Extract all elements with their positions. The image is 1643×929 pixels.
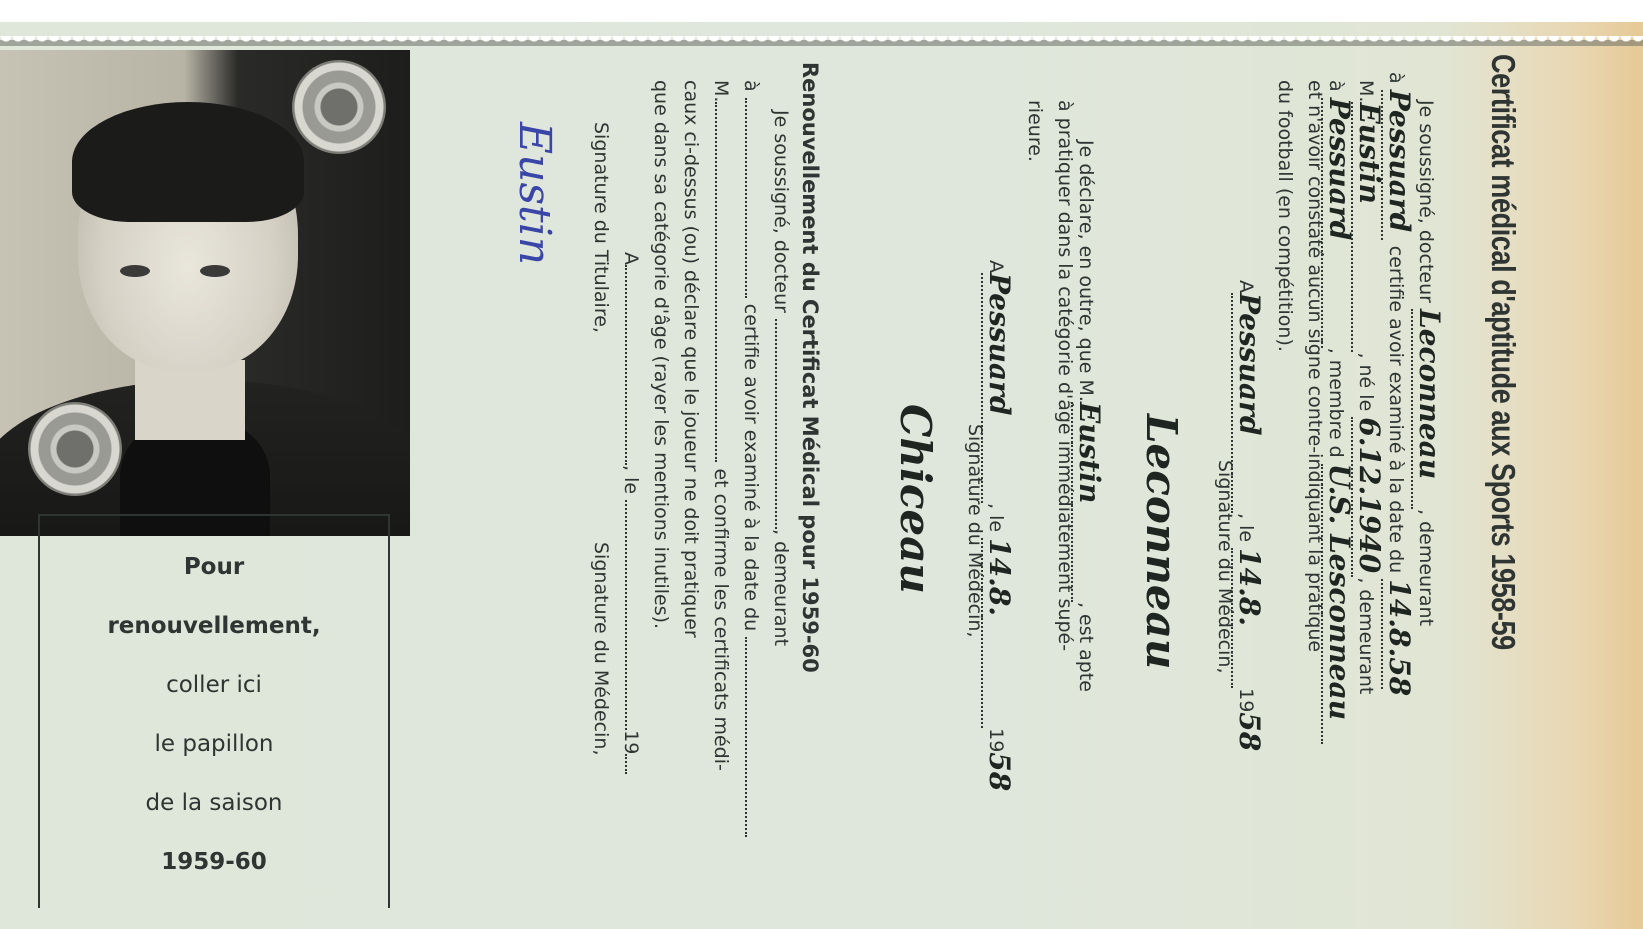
cert-line-1: Je soussigné, docteur Leconneau, demeura…	[1411, 100, 1446, 626]
text: , demeurant	[1415, 509, 1437, 626]
text: Je déclare, en outre, que M.	[1075, 140, 1097, 402]
decl-line-3: rieure.	[1024, 100, 1046, 162]
handwritten-residence: Pessuard	[1323, 98, 1356, 240]
residence-field: Pessuard	[1321, 98, 1356, 348]
rivet-icon	[292, 60, 386, 154]
cert-line-5: et n'avoir constaté aucun signe contre-i…	[1304, 80, 1326, 652]
doctor-signature: Leconneau	[1137, 414, 1186, 669]
handwritten-date: 14.8.	[983, 538, 1016, 616]
handwritten-patient-name: Eustin	[1353, 102, 1386, 203]
text: , demeurant	[1355, 577, 1377, 694]
certificate-card: Pour renouvellement, coller ici le papil…	[0, 22, 1643, 929]
cert-place-date: APessuard, le 14.8.1958	[1231, 280, 1266, 751]
text: A	[985, 260, 1007, 273]
text: à	[1325, 80, 1347, 92]
decl-place-date: APessuard, le 14.8.1958	[981, 260, 1016, 791]
handwritten-place: Pessuard	[983, 273, 1016, 415]
doctor-signature-label: Signature du Médecin,	[1214, 460, 1236, 673]
doctor-signature-label: Signature du Médecin,	[964, 424, 986, 637]
place-field: Pessuard	[981, 273, 1016, 503]
decl-line-2: à pratiquer dans la catégorie d'âge immé…	[1054, 100, 1076, 651]
text: A	[1235, 280, 1257, 293]
text: , né le	[1355, 352, 1377, 411]
handwritten-place: Pessuard	[1233, 293, 1266, 435]
date-field: 14.8.	[1231, 548, 1266, 688]
handwritten-name: Eustin	[1073, 402, 1106, 503]
holder-signature: Eustin	[509, 122, 560, 265]
text: , membre d	[1325, 348, 1347, 458]
renewal-place-field[interactable]	[625, 265, 627, 465]
decl-name-field: Eustin	[1071, 402, 1106, 602]
text: et confirme les certificats médi-	[710, 468, 732, 770]
doctor-signature: Chiceau	[891, 404, 940, 594]
text: à	[740, 80, 762, 92]
renewal-line-4: caux ci-dessus (ou) déclare que le joueu…	[680, 80, 702, 638]
certificate-title: Certificat médical d'aptitude aux Sports…	[1484, 54, 1522, 650]
stamp-line: 1959-60	[40, 833, 388, 892]
text: A	[620, 252, 642, 265]
text: 19	[1235, 688, 1257, 712]
text: 19	[985, 728, 1007, 752]
handwritten-year: 58	[1233, 712, 1266, 751]
text: , demeurant	[770, 529, 792, 646]
cert-line-2: à Pessuard certifie avoir examiné à la d…	[1381, 72, 1416, 689]
stamp-line: Pour	[40, 538, 388, 597]
holder-signature-label: Signature du Titulaire,	[590, 122, 612, 333]
stamp-line: renouvellement,	[40, 597, 388, 656]
renewal-stamp-box: Pour renouvellement, coller ici le papil…	[38, 514, 390, 908]
cert-line-3: M.Eustin, né le 6.12.1940, demeurant	[1351, 80, 1386, 694]
text: M.	[1355, 80, 1377, 102]
text: certifie avoir examiné à la date du	[740, 304, 762, 631]
photo-eye-left	[120, 265, 150, 277]
text: , le	[985, 503, 1007, 532]
renewal-place-date: A, le 19	[620, 252, 642, 774]
photo-hair	[72, 102, 304, 222]
stamp-line: coller ici	[40, 656, 388, 715]
renewal-city-field[interactable]	[745, 98, 747, 298]
photo-neck	[135, 360, 245, 440]
renewal-player-name-field[interactable]	[715, 102, 717, 462]
text: 19	[620, 730, 642, 754]
stamp-line: de la saison	[40, 774, 388, 833]
handwritten-city: Pessuard	[1383, 90, 1416, 232]
patient-name-field: Eustin	[1351, 102, 1386, 352]
date-field: 14.8.	[981, 538, 1016, 728]
renewal-doctor-signature-label: Signature du Médecin,	[590, 542, 612, 755]
renewal-year-field[interactable]	[625, 754, 627, 774]
text: certifie avoir examiné à la date du	[1385, 246, 1407, 573]
text: à	[1385, 72, 1407, 84]
birth-date-field: 6.12.1940	[1351, 417, 1386, 577]
handwritten-exam-date: 14.8.58	[1383, 579, 1416, 696]
decl-line-1: Je déclare, en outre, que M.Eustin, est …	[1071, 140, 1106, 692]
handwritten-club: U.S. Lesconneau	[1323, 464, 1356, 720]
doctor-name-field: Leconneau	[1411, 309, 1446, 509]
rivet-icon	[28, 402, 122, 496]
renewal-date-field[interactable]	[625, 500, 627, 730]
cert-line-4: à Pessuard, membre d U.S. Lesconneau	[1321, 80, 1356, 744]
text: , le	[1235, 513, 1257, 542]
renewal-line-3: M. et confirme les certificats médi-	[710, 80, 732, 771]
text: Je soussigné, docteur	[1415, 100, 1437, 303]
cert-line-6: du football (en compétition).	[1274, 80, 1296, 352]
renewal-line-1: Je soussigné, docteur , demeurant	[770, 110, 792, 646]
renewal-line-2: à certifie avoir examiné à la date du	[740, 80, 762, 837]
city-field: Pessuard	[1381, 90, 1416, 240]
text: , le	[620, 465, 642, 494]
stamp-line: le papillon	[40, 715, 388, 774]
photo-eye-right	[200, 265, 230, 277]
renewal-doctor-field[interactable]	[775, 319, 777, 529]
renewal-line-5: que dans sa catégorie d'âge (rayer les m…	[650, 80, 672, 629]
handwritten-date: 14.8.	[1233, 548, 1266, 626]
exam-date-field: 14.8.58	[1381, 579, 1416, 689]
handwritten-birth-date: 6.12.1940	[1353, 417, 1386, 573]
text: M.	[710, 80, 732, 102]
text: Je soussigné, docteur	[770, 110, 792, 313]
perforated-edge	[0, 36, 1643, 48]
handwritten-doctor-name: Leconneau	[1413, 309, 1446, 479]
renewal-title: Renouvellement du Certificat Médical pou…	[798, 62, 822, 673]
club-field: U.S. Lesconneau	[1321, 464, 1356, 744]
renewal-exam-date-field[interactable]	[745, 637, 747, 837]
handwritten-year: 58	[983, 752, 1016, 791]
place-field: Pessuard	[1231, 293, 1266, 513]
text: , est apte	[1075, 602, 1097, 692]
